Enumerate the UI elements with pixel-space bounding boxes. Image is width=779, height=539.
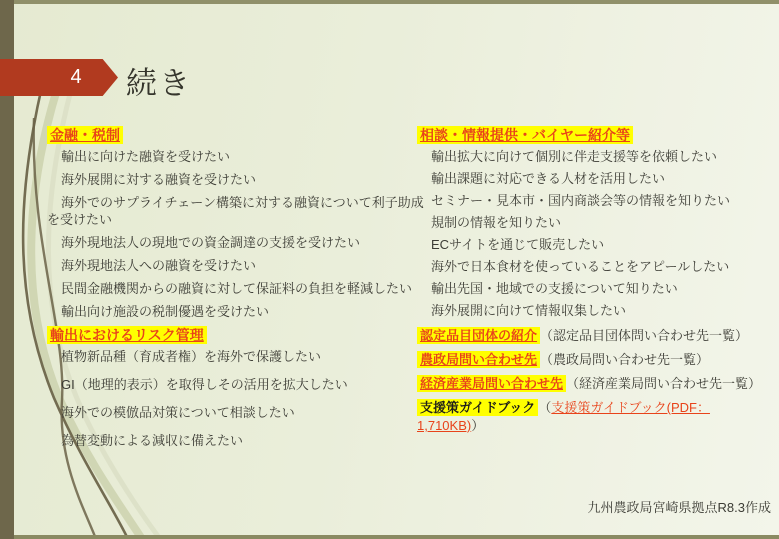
- list-item: GI（地理的表示）を取得しその活用を拡大したい: [47, 376, 427, 393]
- link-row: 経済産業局問い合わせ先（経済産業局問い合わせ先一覧）: [417, 375, 777, 393]
- list-item: 輸出先国・地域での支援について知りたい: [417, 280, 777, 297]
- slide: 4 続き 金融・税制 輸出に向けた融資を受けたい 海外展開に対する融資を受けたい…: [0, 0, 779, 539]
- section-header-finance-tax[interactable]: 金融・税制: [47, 126, 123, 144]
- list-item: 民間金融機関からの融資に対して保証料の負担を軽減したい: [47, 280, 427, 297]
- list-item: 規制の情報を知りたい: [417, 214, 777, 231]
- page-number-badge: 4: [0, 59, 118, 96]
- section-header-export-risk[interactable]: 輸出におけるリスク管理: [47, 326, 207, 344]
- list-item: 海外展開に向けて情報収集したい: [417, 302, 777, 319]
- link-note: （農政局問い合わせ先一覧）: [540, 352, 709, 367]
- list-item: 輸出に向けた融資を受けたい: [47, 148, 427, 165]
- list-item: 海外展開に対する融資を受けたい: [47, 171, 427, 188]
- footer-credit: 九州農政局宮崎県拠点R8.3作成: [0, 497, 771, 516]
- list-item: 海外現地法人への融資を受けたい: [47, 257, 427, 274]
- section-consultation: 相談・情報提供・バイヤー紹介等 輸出拡大に向けて個別に伴走支援等を依頼したい 輸…: [417, 126, 777, 319]
- list-item: ECサイトを通じて販売したい: [417, 236, 777, 253]
- link-economy-bureau-contacts[interactable]: 経済産業局問い合わせ先: [417, 375, 566, 392]
- list-item: 輸出課題に対応できる人材を活用したい: [417, 170, 777, 187]
- link-row: 認定品目団体の紹介（認定品目団体問い合わせ先一覧）: [417, 327, 777, 345]
- link-agriculture-bureau-contacts[interactable]: 農政局問い合わせ先: [417, 351, 540, 368]
- link-note: （経済産業局問い合わせ先一覧）: [566, 376, 761, 391]
- bottom-rule: [0, 535, 779, 539]
- list-item: 海外でのサプライチェーン構築に対する融資について利子助成を受けたい: [47, 194, 427, 228]
- list-item: 海外での模倣品対策について相談したい: [47, 404, 427, 421]
- reference-links: 認定品目団体の紹介（認定品目団体問い合わせ先一覧） 農政局問い合わせ先（農政局問…: [417, 327, 777, 435]
- list-item: 海外現地法人の現地での資金調達の支援を受けたい: [47, 234, 427, 251]
- link-note: （認定品目団体問い合わせ先一覧）: [540, 328, 748, 343]
- section-header-consultation[interactable]: 相談・情報提供・バイヤー紹介等: [417, 126, 633, 144]
- left-column: 金融・税制 輸出に向けた融資を受けたい 海外展開に対する融資を受けたい 海外での…: [47, 126, 427, 460]
- paren-close: ）: [471, 418, 484, 433]
- section-export-risk: 輸出におけるリスク管理 植物新品種（育成者権）を海外で保護したい GI（地理的表…: [47, 326, 427, 449]
- page-number: 4: [60, 59, 92, 96]
- link-certified-groups[interactable]: 認定品目団体の紹介: [417, 327, 540, 344]
- list-item: 植物新品種（育成者権）を海外で保護したい: [47, 348, 427, 365]
- section-finance-tax: 金融・税制 輸出に向けた融資を受けたい 海外展開に対する融資を受けたい 海外での…: [47, 126, 427, 320]
- list-item: 輸出向け施設の税制優遇を受けたい: [47, 303, 427, 320]
- list-item: 海外で日本食材を使っていることをアピールしたい: [417, 258, 777, 275]
- link-row: 農政局問い合わせ先（農政局問い合わせ先一覧）: [417, 351, 777, 369]
- guidebook-label: 支援策ガイドブック: [417, 399, 538, 416]
- list-item: 輸出拡大に向けて個別に伴走支援等を依頼したい: [417, 148, 777, 165]
- page-title: 続き: [126, 58, 192, 103]
- right-column: 相談・情報提供・バイヤー紹介等 輸出拡大に向けて個別に伴走支援等を依頼したい 輸…: [417, 126, 777, 441]
- list-item: 為替変動による減収に備えたい: [47, 432, 427, 449]
- top-rule: [0, 0, 779, 4]
- list-item: セミナー・見本市・国内商談会等の情報を知りたい: [417, 192, 777, 209]
- guidebook-row: 支援策ガイドブック（支援策ガイドブック(PDF：1,710KB)）: [417, 399, 777, 435]
- paren-open: （: [538, 400, 551, 415]
